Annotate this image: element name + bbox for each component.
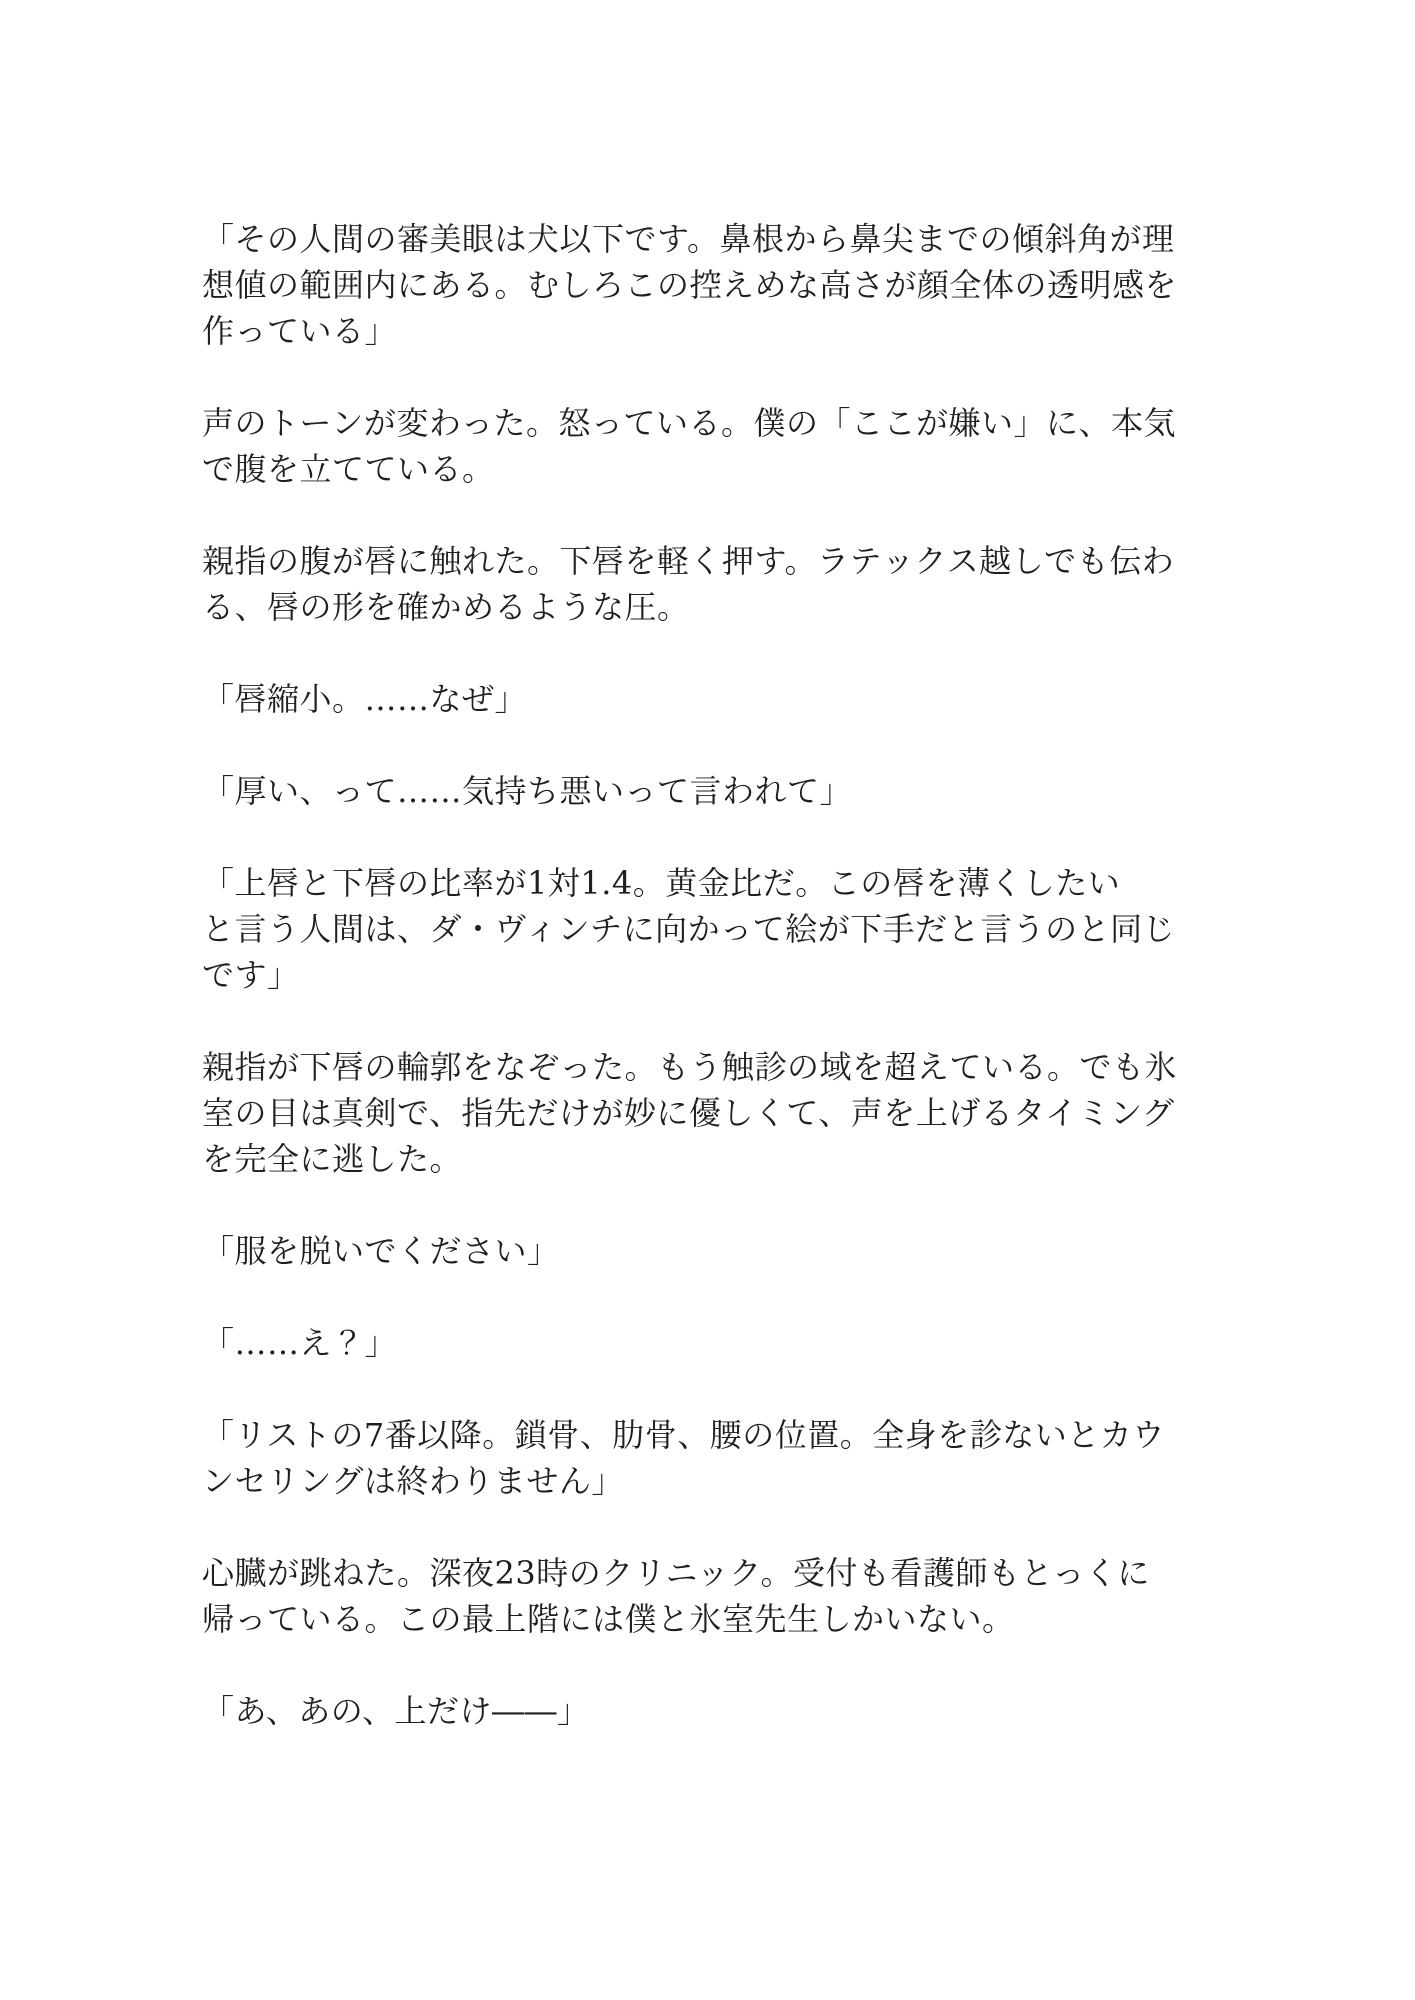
text-line: 親指の腹が唇に触れた。下唇を軽く押す。ラテックス越しでも伝わ: [202, 538, 1165, 584]
text-line: を完全に逃した。: [202, 1136, 1165, 1182]
text-line: で腹を立てている。: [202, 446, 1165, 492]
paragraph-7: 親指が下唇の輪郭をなぞった。もう触診の域を超えている。でも氷 室の目は真剣で、指…: [202, 1044, 1165, 1182]
paragraph-5: 「厚い、って……気持ち悪いって言われて」: [202, 768, 1165, 814]
paragraph-10: 「リストの7番以降。鎖骨、肋骨、腰の位置。全身を診ないとカウ ンセリングは終わり…: [202, 1412, 1165, 1504]
text-line: 心臓が跳ねた。深夜23時のクリニック。受付も看護師もとっくに: [202, 1550, 1165, 1596]
paragraph-12: 「あ、あの、上だけ――」: [202, 1688, 1165, 1734]
text-line: る、唇の形を確かめるような圧。: [202, 584, 1165, 630]
text-line: 「……え？」: [202, 1320, 1165, 1366]
text-line: 「その人間の審美眼は犬以下です。鼻根から鼻尖までの傾斜角が理: [202, 216, 1165, 262]
paragraph-6: 「上唇と下唇の比率が1対1.4。黄金比だ。この唇を薄くしたい と言う人間は、ダ・…: [202, 860, 1165, 998]
text-line: です」: [202, 952, 1165, 998]
text-line: 声のトーンが変わった。怒っている。僕の「ここが嫌い」に、本気: [202, 400, 1165, 446]
document-page: 「その人間の審美眼は犬以下です。鼻根から鼻尖までの傾斜角が理 想値の範囲内にある…: [0, 0, 1415, 2000]
paragraph-11: 心臓が跳ねた。深夜23時のクリニック。受付も看護師もとっくに 帰っている。この最…: [202, 1550, 1165, 1642]
paragraph-4: 「唇縮小。……なぜ」: [202, 676, 1165, 722]
text-line: 「リストの7番以降。鎖骨、肋骨、腰の位置。全身を診ないとカウ: [202, 1412, 1165, 1458]
text-line: 想値の範囲内にある。むしろこの控えめな高さが顔全体の透明感を: [202, 262, 1165, 308]
text-line: 親指が下唇の輪郭をなぞった。もう触診の域を超えている。でも氷: [202, 1044, 1165, 1090]
text-line: 「唇縮小。……なぜ」: [202, 676, 1165, 722]
paragraph-3: 親指の腹が唇に触れた。下唇を軽く押す。ラテックス越しでも伝わ る、唇の形を確かめ…: [202, 538, 1165, 630]
text-line: ンセリングは終わりません」: [202, 1458, 1165, 1504]
text-line: 「服を脱いでください」: [202, 1228, 1165, 1274]
text-line: 「あ、あの、上だけ――」: [202, 1688, 1165, 1734]
text-line: と言う人間は、ダ・ヴィンチに向かって絵が下手だと言うのと同じ: [202, 906, 1165, 952]
paragraph-1: 「その人間の審美眼は犬以下です。鼻根から鼻尖までの傾斜角が理 想値の範囲内にある…: [202, 216, 1165, 354]
paragraph-8: 「服を脱いでください」: [202, 1228, 1165, 1274]
text-line: 「厚い、って……気持ち悪いって言われて」: [202, 768, 1165, 814]
text-line: 「上唇と下唇の比率が1対1.4。黄金比だ。この唇を薄くしたい: [202, 860, 1165, 906]
paragraph-9: 「……え？」: [202, 1320, 1165, 1366]
text-line: 作っている」: [202, 308, 1165, 354]
text-line: 帰っている。この最上階には僕と氷室先生しかいない。: [202, 1596, 1165, 1642]
text-line: 室の目は真剣で、指先だけが妙に優しくて、声を上げるタイミング: [202, 1090, 1165, 1136]
paragraph-2: 声のトーンが変わった。怒っている。僕の「ここが嫌い」に、本気 で腹を立てている。: [202, 400, 1165, 492]
